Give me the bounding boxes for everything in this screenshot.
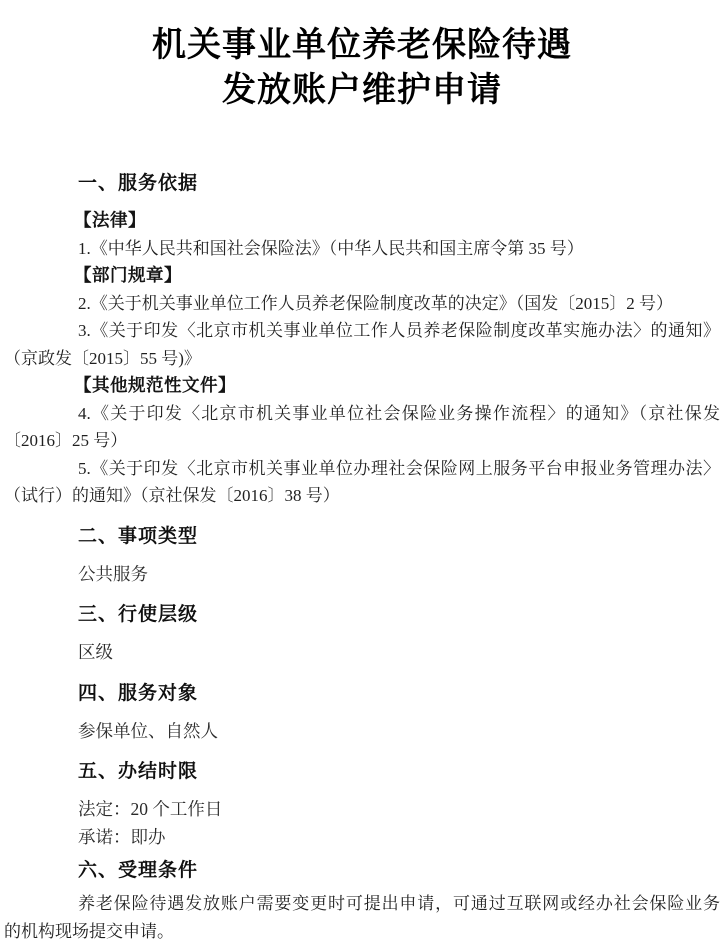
exercise-level-value: 区级 (78, 639, 724, 667)
law-item-1: 1.《中华人民共和国社会保险法》（中华人民共和国主席令第 35 号） (4, 235, 720, 263)
section-heading-service-basis: 一、服务依据 (78, 173, 724, 195)
item-type-value: 公共服务 (78, 561, 724, 589)
law-item-5: 5.《关于印发〈北京市机关事业单位办理社会保险网上服务平台申报业务管理办法〉 （… (4, 455, 720, 510)
section-heading-acceptance-conditions: 六、受理条件 (78, 860, 724, 882)
acceptance-paragraph-line-2: 的机构现场提交申请。 (4, 918, 720, 946)
time-limit-values: 法定：20 个工作日 承诺：即办 (78, 796, 724, 851)
law-item-4-line-1: 4.《关于印发〈北京市机关事业单位社会保险业务操作流程〉的通知》（京社保发 (4, 400, 720, 428)
section-heading-item-type: 二、事项类型 (78, 526, 724, 548)
section-heading-exercise-level: 三、行使层级 (78, 604, 724, 626)
title-line-2: 发放账户维护申请 (222, 72, 502, 109)
law-item-5-line-2: （试行）的通知》（京社保发〔2016〕38 号） (4, 482, 720, 510)
acceptance-paragraph-line-1: 养老保险待遇发放账户需要变更时可提出申请，可通过互联网或经办社会保险业务 (4, 890, 720, 918)
title-line-1: 机关事业单位养老保险待遇 (152, 27, 572, 64)
law-item-3-line-2: （京政发〔2015〕55 号)》 (4, 345, 720, 373)
time-limit-legal: 法定：20 个工作日 (78, 796, 724, 824)
law-item-4-line-2: 〔2016〕25 号） (4, 427, 720, 455)
label-department-rules: 【部门规章】 (74, 262, 720, 290)
section-heading-service-target: 四、服务对象 (78, 683, 724, 705)
law-item-3: 3.《关于印发〈北京市机关事业单位工作人员养老保险制度改革实施办法〉的通知》 （… (4, 317, 720, 372)
label-law: 【法律】 (74, 207, 720, 235)
law-item-2: 2.《关于机关事业单位工作人员养老保险制度改革的决定》（国发〔2015〕2 号） (4, 290, 720, 318)
document-page: 机关事业单位养老保险待遇 发放账户维护申请 一、服务依据 【法律】 1.《中华人… (0, 0, 724, 946)
section-heading-time-limit: 五、办结时限 (78, 761, 724, 783)
label-other-normative-documents: 【其他规范性文件】 (74, 372, 720, 400)
service-target-value: 参保单位、自然人 (78, 718, 724, 746)
document-title: 机关事业单位养老保险待遇 发放账户维护申请 (0, 0, 724, 113)
law-item-4: 4.《关于印发〈北京市机关事业单位社会保险业务操作流程〉的通知》（京社保发 〔2… (4, 400, 720, 455)
acceptance-conditions-paragraph: 养老保险待遇发放账户需要变更时可提出申请，可通过互联网或经办社会保险业务 的机构… (0, 890, 724, 945)
law-item-3-line-1: 3.《关于印发〈北京市机关事业单位工作人员养老保险制度改革实施办法〉的通知》 (4, 317, 720, 345)
law-item-5-line-1: 5.《关于印发〈北京市机关事业单位办理社会保险网上服务平台申报业务管理办法〉 (4, 455, 720, 483)
service-basis-content: 【法律】 1.《中华人民共和国社会保险法》（中华人民共和国主席令第 35 号） … (0, 207, 724, 510)
time-limit-promise: 承诺：即办 (78, 824, 724, 852)
